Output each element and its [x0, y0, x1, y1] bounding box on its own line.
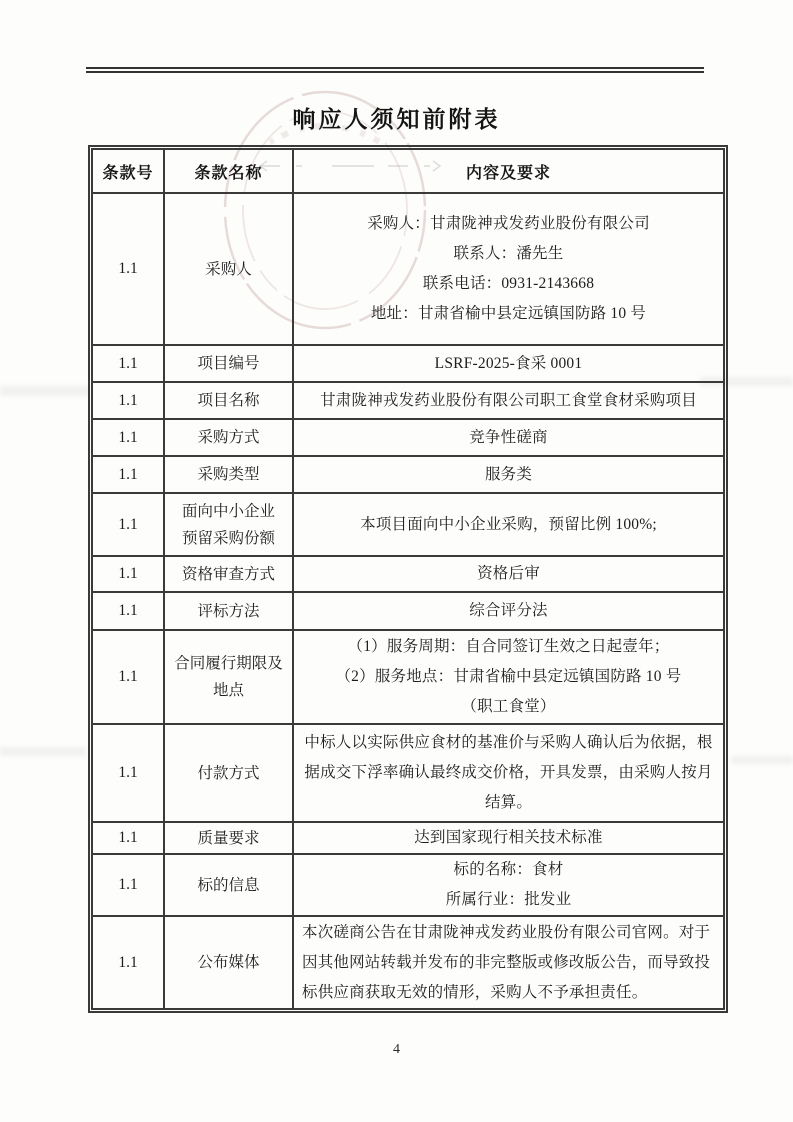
- clause-content-cell: 采购人：甘肃陇神戎发药业股份有限公司联系人：潘先生联系电话：0931-21436…: [293, 193, 724, 345]
- header-double-rule: [86, 67, 704, 73]
- clause-name-cell: 面向中小企业预留采购份额: [164, 493, 293, 556]
- clause-number-cell: 1.1: [92, 592, 164, 630]
- clause-name-line: 评标方法: [171, 598, 286, 625]
- clause-content-cell: 资格后审: [293, 556, 724, 592]
- clause-content-cell: 中标人以实际供应食材的基准价与采购人确认后为依据，根据成交下浮率确认最终成交价格…: [293, 724, 724, 822]
- clause-name-line: 采购类型: [171, 461, 286, 488]
- clause-number-cell: 1.1: [92, 724, 164, 822]
- table-row: 1.1采购方式竞争性磋商: [92, 419, 724, 456]
- clause-number-cell: 1.1: [92, 382, 164, 419]
- clause-name-cell: 评标方法: [164, 592, 293, 630]
- clause-name-cell: 采购人: [164, 193, 293, 345]
- table-row: 1.1项目名称甘肃陇神戎发药业股份有限公司职工食堂食材采购项目: [92, 382, 724, 419]
- clause-name-line: 采购人: [171, 256, 286, 283]
- table-row: 1.1公布媒体本次磋商公告在甘肃陇神戎发药业股份有限公司官网。对于因其他网站转载…: [92, 916, 724, 1009]
- clause-number-cell: 1.1: [92, 630, 164, 724]
- clause-content-line: 联系人：潘先生: [300, 239, 717, 269]
- clause-name-line: 付款方式: [171, 760, 286, 787]
- clause-number-cell: 1.1: [92, 193, 164, 345]
- clause-name-cell: 项目名称: [164, 382, 293, 419]
- clause-content-line: 综合评分法: [300, 596, 717, 626]
- clause-content-cell: 竞争性磋商: [293, 419, 724, 456]
- clause-name-cell: 质量要求: [164, 822, 293, 854]
- scan-streak: [0, 386, 90, 396]
- page-number: 4: [0, 1042, 793, 1058]
- table-row: 1.1采购类型服务类: [92, 456, 724, 493]
- clause-name-line: 合同履行期限及: [171, 650, 286, 677]
- clause-number-cell: 1.1: [92, 556, 164, 592]
- clause-content-cell: 本项目面向中小企业采购，预留比例 100%;: [293, 493, 724, 556]
- column-header-clause-no: 条款号: [92, 149, 164, 193]
- clause-name-line: 质量要求: [171, 825, 286, 852]
- clause-content-cell: 综合评分法: [293, 592, 724, 630]
- clause-content-cell: 服务类: [293, 456, 724, 493]
- clause-name-line: 采购方式: [171, 424, 286, 451]
- table-header-row: 条款号 条款名称 内容及要求: [92, 149, 724, 193]
- clause-number-cell: 1.1: [92, 419, 164, 456]
- clause-name-cell: 采购类型: [164, 456, 293, 493]
- document-page: 响应人须知前附表 条款号 条款名称 内容及要求 1.1采购人采购人：甘肃陇神戎发…: [0, 0, 793, 1122]
- clause-content-line: LSRF-2025-食采 0001: [300, 349, 717, 379]
- clause-number-cell: 1.1: [92, 456, 164, 493]
- table-row: 1.1项目编号LSRF-2025-食采 0001: [92, 345, 724, 382]
- clause-content-line: （2）服务地点：甘肃省榆中县定远镇国防路 10 号: [300, 662, 717, 692]
- table-row: 1.1采购人采购人：甘肃陇神戎发药业股份有限公司联系人：潘先生联系电话：0931…: [92, 193, 724, 345]
- table-row: 1.1合同履行期限及地点（1）服务周期：自合同签订生效之日起壹年；（2）服务地点…: [92, 630, 724, 724]
- clause-name-cell: 资格审查方式: [164, 556, 293, 592]
- clause-content-cell: LSRF-2025-食采 0001: [293, 345, 724, 382]
- clause-content-line: 标供应商获取无效的情形，采购人不予承担责任。: [302, 978, 717, 1008]
- terms-table: 条款号 条款名称 内容及要求 1.1采购人采购人：甘肃陇神戎发药业股份有限公司联…: [88, 145, 728, 1013]
- clause-name-line: 公布媒体: [171, 949, 286, 976]
- clause-number-cell: 1.1: [92, 916, 164, 1009]
- clause-number-cell: 1.1: [92, 345, 164, 382]
- clause-number-cell: 1.1: [92, 854, 164, 916]
- clause-content-cell: （1）服务周期：自合同签订生效之日起壹年；（2）服务地点：甘肃省榆中县定远镇国防…: [293, 630, 724, 724]
- clause-content-line: 本次磋商公告在甘肃陇神戎发药业股份有限公司官网。对于: [302, 918, 717, 948]
- clause-content-line: 竞争性磋商: [300, 423, 717, 453]
- clause-number-cell: 1.1: [92, 822, 164, 854]
- clause-content-line: 所属行业：批发业: [300, 885, 717, 915]
- page-title: 响应人须知前附表: [0, 101, 793, 134]
- clause-content-line: 资格后审: [300, 559, 717, 589]
- column-header-clause-name: 条款名称: [164, 149, 293, 193]
- clause-content-line: （职工食堂）: [300, 692, 717, 722]
- clause-name-line: 地点: [171, 677, 286, 704]
- clause-content-line: 服务类: [300, 460, 717, 490]
- clause-name-line: 项目名称: [171, 387, 286, 414]
- scan-streak: [0, 747, 86, 756]
- clause-content-cell: 甘肃陇神戎发药业股份有限公司职工食堂食材采购项目: [293, 382, 724, 419]
- clause-content-line: 采购人：甘肃陇神戎发药业股份有限公司: [300, 209, 717, 239]
- clause-content-line: 达到国家现行相关技术标准: [300, 823, 717, 853]
- table-row: 1.1评标方法综合评分法: [92, 592, 724, 630]
- table-row: 1.1面向中小企业预留采购份额本项目面向中小企业采购，预留比例 100%;: [92, 493, 724, 556]
- clause-name-cell: 采购方式: [164, 419, 293, 456]
- clause-content-line: 结算。: [300, 788, 717, 818]
- table-row: 1.1质量要求达到国家现行相关技术标准: [92, 822, 724, 854]
- clause-content-line: （1）服务周期：自合同签订生效之日起壹年；: [300, 632, 717, 662]
- clause-name-cell: 项目编号: [164, 345, 293, 382]
- clause-content-line: 地址：甘肃省榆中县定远镇国防路 10 号: [300, 299, 717, 329]
- clause-content-line: 联系电话：0931-2143668: [300, 269, 717, 299]
- clause-content-cell: 本次磋商公告在甘肃陇神戎发药业股份有限公司官网。对于因其他网站转载并发布的非完整…: [293, 916, 724, 1009]
- clause-name-line: 面向中小企业: [171, 498, 286, 525]
- table-row: 1.1付款方式中标人以实际供应食材的基准价与采购人确认后为依据，根据成交下浮率确…: [92, 724, 724, 822]
- clause-number-cell: 1.1: [92, 493, 164, 556]
- clause-name-cell: 付款方式: [164, 724, 293, 822]
- clause-content-line: 据成交下浮率确认最终成交价格，开具发票，由采购人按月: [300, 758, 717, 788]
- clause-name-cell: 公布媒体: [164, 916, 293, 1009]
- clause-content-line: 甘肃陇神戎发药业股份有限公司职工食堂食材采购项目: [300, 386, 717, 416]
- table-row: 1.1标的信息标的名称：食材所属行业：批发业: [92, 854, 724, 916]
- clause-content-line: 标的名称：食材: [300, 855, 717, 885]
- clause-content-cell: 标的名称：食材所属行业：批发业: [293, 854, 724, 916]
- column-header-content: 内容及要求: [293, 149, 724, 193]
- clause-name-cell: 合同履行期限及地点: [164, 630, 293, 724]
- clause-content-line: 本项目面向中小企业采购，预留比例 100%;: [300, 510, 717, 540]
- clause-name-line: 预留采购份额: [171, 525, 286, 552]
- clause-name-line: 资格审查方式: [171, 561, 286, 588]
- clause-content-cell: 达到国家现行相关技术标准: [293, 822, 724, 854]
- terms-table-grid: 条款号 条款名称 内容及要求 1.1采购人采购人：甘肃陇神戎发药业股份有限公司联…: [91, 148, 725, 1010]
- clause-name-line: 标的信息: [171, 872, 286, 899]
- clause-name-cell: 标的信息: [164, 854, 293, 916]
- clause-name-line: 项目编号: [171, 350, 286, 377]
- clause-content-line: 因其他网站转载并发布的非完整版或修改版公告，而导致投: [302, 948, 717, 978]
- table-row: 1.1资格审查方式资格后审: [92, 556, 724, 592]
- scan-streak: [731, 756, 793, 764]
- clause-content-line: 中标人以实际供应食材的基准价与采购人确认后为依据，根: [300, 728, 717, 758]
